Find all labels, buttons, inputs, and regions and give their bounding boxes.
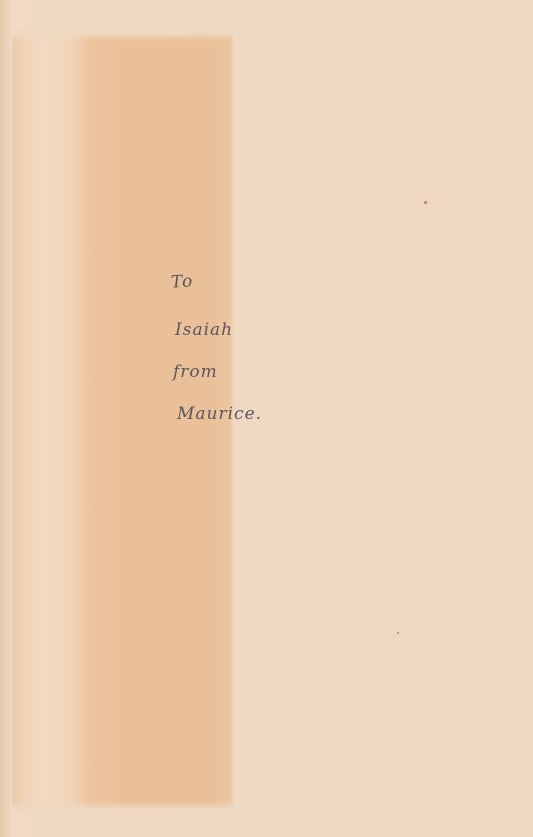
paper-speck bbox=[424, 201, 427, 204]
inscription-line-1: To bbox=[170, 271, 194, 293]
stain-fade-top bbox=[12, 30, 232, 42]
book-page: To Isaiah from Maurice. bbox=[0, 0, 533, 837]
paper-speck bbox=[397, 632, 399, 634]
stain-fade-bottom bbox=[12, 800, 232, 812]
inscription-line-4: Maurice. bbox=[177, 404, 262, 424]
page-edge bbox=[0, 0, 10, 837]
handwritten-inscription: To Isaiah from Maurice. bbox=[165, 272, 305, 432]
inscription-line-2: Isaiah bbox=[175, 320, 233, 340]
inscription-line-3: from bbox=[173, 362, 218, 382]
